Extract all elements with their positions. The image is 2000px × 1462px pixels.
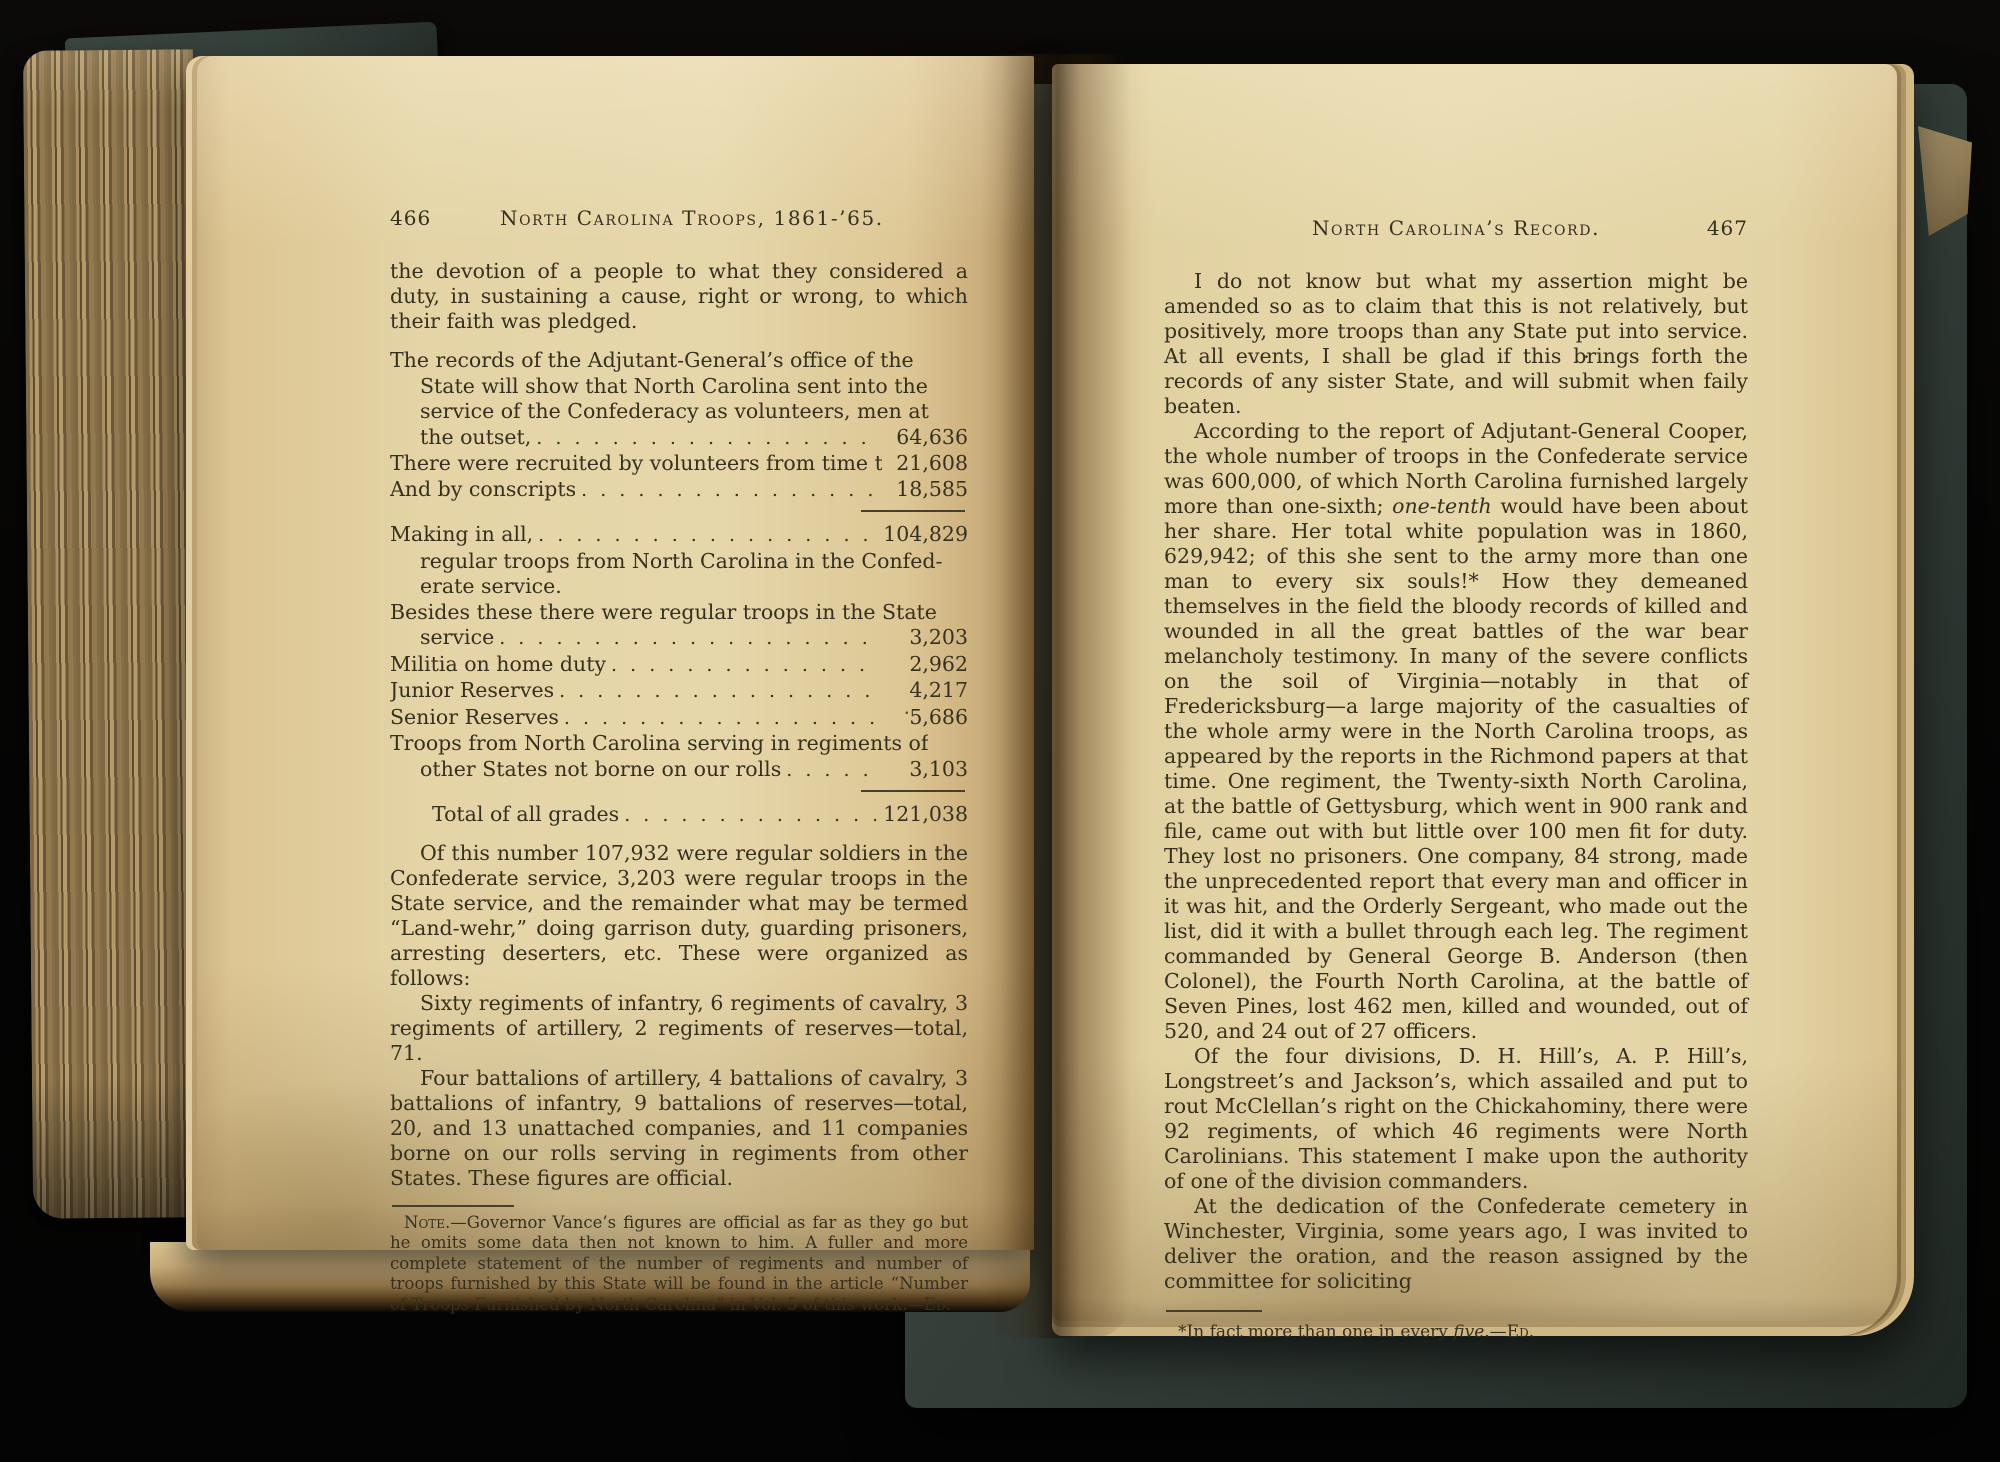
left-body-paragraphs: Of this number 107,932 were regular sold… [390,841,968,1191]
ledger-label: service of the Confederacy as volunteers… [420,399,929,425]
text-segment: the devotion of a people to what they co… [390,259,968,333]
text-segment: would have been about her share. Her tot… [1164,494,1748,1043]
ledger-row: Junior Reserves4,217 [390,678,968,705]
sum-rule [861,510,965,512]
ledger-row: the outset,64,636 [390,425,968,452]
paragraph: Four battalions of artillery, 4 battalio… [390,1066,968,1191]
dot-leader [499,625,879,652]
ledger-row: The records of the Adjutant-General’s of… [390,348,968,374]
ledger-value: 64,636 [882,425,968,451]
dot-leader [559,678,879,705]
ledger-label: Besides these there were regular troops … [390,600,937,626]
ledger-row: Besides these there were regular troops … [390,600,968,626]
ledger-row: service of the Confederacy as volunteers… [390,399,968,425]
note-rule [392,1205,514,1207]
text-segment: Ed. [1507,1322,1534,1342]
ledger-label: Junior Reserves [390,678,554,704]
paragraph: Of this number 107,932 were regular sold… [390,841,968,991]
ledger-value: 4,217 [882,678,968,704]
left-running-title: North Carolina Troops, 1861-’65. [500,206,884,231]
ledger-label: the outset, [420,425,531,451]
ledger-label: Troops from North Carolina serving in re… [390,731,928,757]
ledger-row: State will show that North Carolina sent… [390,374,968,400]
paragraph: At the dedication of the Confederate cem… [1164,1194,1748,1294]
ledger-label: State will show that North Carolina sent… [420,374,928,400]
dot-leader [786,757,879,784]
paragraph: According to the report of Adjutant-Gene… [1164,419,1748,1044]
right-body-paragraphs: I do not know but what my assertion migh… [1164,269,1748,1294]
ledger-label: other States not borne on our rolls [420,757,781,783]
dot-leader [538,522,876,549]
text-segment: .— [1484,1322,1506,1342]
text-segment: *In fact more than one in every [1178,1322,1453,1342]
dot-leader [564,705,879,732]
ledger-row: Total of all grades121,038 [390,802,968,829]
ledger-label: regular troops from North Carolina in th… [420,549,942,575]
ledger-row: There were recruited by volunteers from … [390,451,968,477]
paragraph: the devotion of a people to what they co… [390,259,968,334]
paragraph: Of the four divisions, D. H. Hill’s, A. … [1164,1044,1748,1194]
ledger-label: service [420,625,494,651]
left-intro-paragraphs: the devotion of a people to what they co… [390,259,968,334]
text-segment: I do not know but what my assertion migh… [1164,269,1748,418]
paragraph: Sixty regiments of infantry, 6 regiments… [390,991,968,1066]
right-running-title: North Carolina’s Record. [1274,216,1638,241]
ledger-value: 5,686 [882,705,968,731]
paragraph: Note.—Governor Vance’s figures are offic… [390,1213,968,1316]
ledger-label: There were recruited by volunteers from … [390,451,882,477]
dot-leader [581,477,879,504]
text-segment: —Governor Vance’s figures are official a… [390,1213,968,1314]
ledger-value: 21,608 [882,451,968,477]
text-segment: five [1453,1322,1484,1342]
text-segment: Note. [404,1213,450,1232]
ledger-label: Total of all grades [432,802,619,828]
ledger-label: The records of the Adjutant-General’s of… [390,348,914,374]
text-segment: Of the four divisions, D. H. Hill’s, A. … [1164,1044,1748,1193]
left-page-number: 466 [390,206,500,231]
ledger-row: Making in all,104,829 [390,522,968,549]
right-page-header: North Carolina’s Record. 467 [1164,216,1748,241]
dot-leader [611,652,879,679]
open-book-photo: 466 North Carolina Troops, 1861-’65. the… [0,0,2000,1462]
dot-leader [624,802,876,829]
paragraph: *In fact more than one in every five.—Ed… [1164,1322,1748,1343]
ledger-row: Troops from North Carolina serving in re… [390,731,968,757]
ledger-value: 2,962 [882,652,968,678]
sum-rule [861,790,965,792]
right-page-text-column: North Carolina’s Record. 467 I do not kn… [1164,216,1748,1343]
troop-figures-ledger: The records of the Adjutant-General’s of… [390,348,968,829]
ledger-label: Making in all, [390,522,533,548]
ledger-value: 121,038 [879,802,968,828]
paragraph: I do not know but what my assertion migh… [1164,269,1748,419]
ledger-label: erate service. [420,574,562,600]
text-segment: Sixty regiments of infantry, 6 regiments… [390,991,968,1065]
text-segment: Of this number 107,932 were regular sold… [390,841,968,990]
left-page-header: 466 North Carolina Troops, 1861-’65. [390,206,968,231]
right-page: North Carolina’s Record. 467 I do not kn… [1052,64,1914,1336]
ledger-value: 3,203 [882,625,968,651]
ledger-row: And by conscripts18,585 [390,477,968,504]
ledger-label: Militia on home duty [390,652,606,678]
ledger-row: erate service. [390,574,968,600]
ledger-row: Senior Reserves5,686 [390,705,968,732]
page-edges-stack-left [23,49,203,1218]
ledger-label: Senior Reserves [390,705,559,731]
ledger-row: service3,203 [390,625,968,652]
dot-leader [536,425,879,452]
ledger-value: 104,829 [879,522,968,548]
ledger-value: 18,585 [882,477,968,503]
editor-note: Note.—Governor Vance’s figures are offic… [390,1213,968,1316]
text-segment: one-tenth [1392,494,1492,518]
ledger-row: regular troops from North Carolina in th… [390,549,968,575]
ledger-row: Militia on home duty2,962 [390,652,968,679]
left-page: 466 North Carolina Troops, 1861-’65. the… [186,56,1034,1250]
text-segment: Four battalions of artillery, 4 battalio… [390,1066,968,1190]
text-segment: Ed. [924,1295,951,1314]
left-page-text-column: 466 North Carolina Troops, 1861-’65. the… [390,206,968,1315]
ledger-label: And by conscripts [390,477,576,503]
right-page-number: 467 [1638,216,1748,241]
ledger-value: 3,103 [882,757,968,783]
editor-footnote: *In fact more than one in every five.—Ed… [1164,1322,1748,1343]
footnote-rule [1166,1310,1262,1312]
ledger-row: other States not borne on our rolls3,103 [390,757,968,784]
text-segment: At the dedication of the Confederate cem… [1164,1194,1748,1293]
